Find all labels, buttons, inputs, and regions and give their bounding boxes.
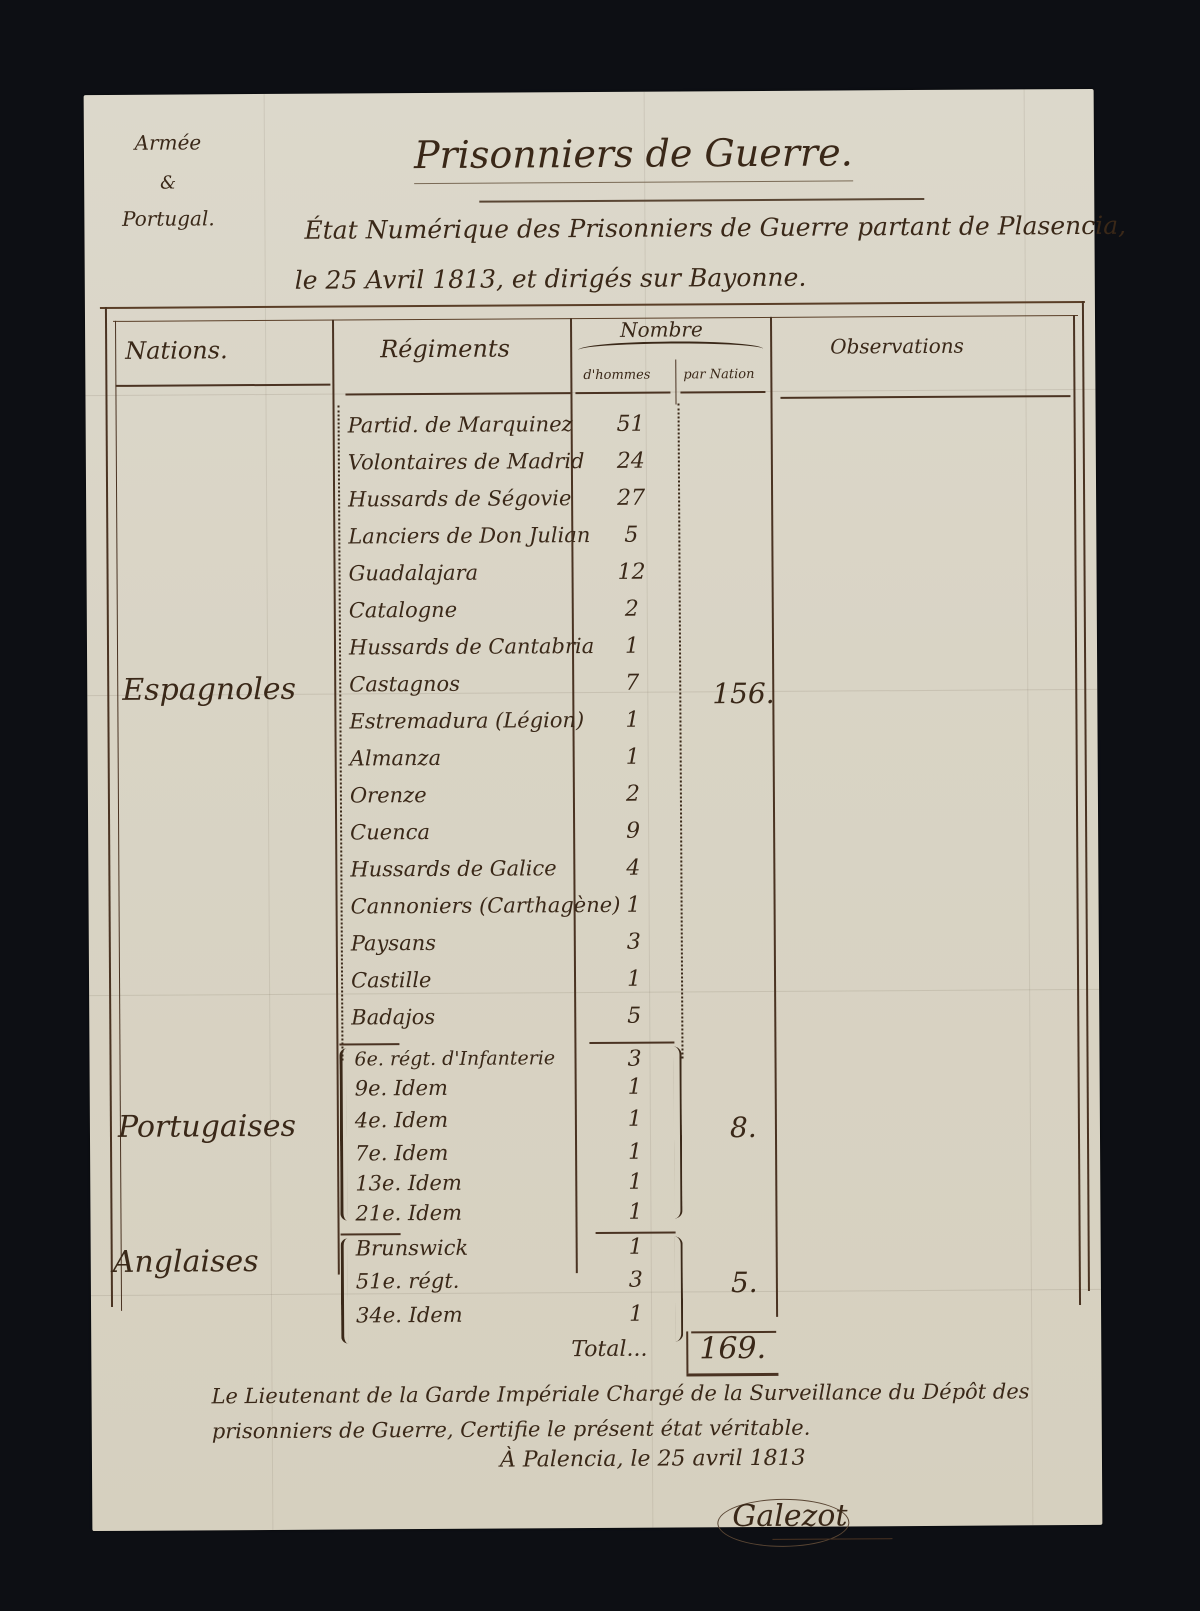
regiment-row: Castagnos — [349, 672, 460, 697]
total-label: Total... — [571, 1337, 647, 1362]
regiment-count: 7 — [612, 671, 652, 696]
certification-line1: Le Lieutenant de la Garde Impériale Char… — [212, 1379, 1030, 1408]
regiment-count: 5 — [614, 1004, 654, 1029]
brace-portugaises-left — [339, 1049, 347, 1221]
regiment-row: 9e. Idem — [355, 1076, 448, 1101]
document-page: Armée & Portugal. Prisonniers de Guerre.… — [84, 89, 1103, 1531]
col-divider-nombre-sub — [675, 359, 676, 404]
regiment-count: 3 — [616, 1268, 656, 1293]
regiment-row: Guadalajara — [348, 561, 478, 586]
header-underline-par-nation — [680, 391, 765, 394]
regiment-row: Badajos — [351, 1005, 435, 1030]
regiment-row: Orenze — [350, 783, 427, 807]
table-top-border-inner — [113, 315, 1078, 322]
header-underline-nations — [115, 384, 330, 387]
document-subtitle-line1: État Numérique des Prisonniers de Guerre… — [304, 211, 1126, 245]
title-underline — [479, 198, 924, 203]
regiment-row: 51e. régt. — [356, 1269, 460, 1294]
regiment-count: 51 — [611, 412, 651, 437]
regiment-row: Volontaires de Madrid — [348, 449, 585, 474]
brace-portugaises-right — [673, 1046, 682, 1218]
signature-underline — [772, 1538, 892, 1540]
regiment-row: 13e. Idem — [355, 1171, 462, 1196]
nation-espagnoles: Espagnoles — [122, 672, 296, 708]
regiment-count: 1 — [616, 1235, 656, 1260]
document-subtitle-line2: le 25 Avril 1813, et dirigés sur Bayonne… — [295, 263, 807, 295]
regiment-count: 24 — [611, 449, 651, 474]
group-divider-right-2 — [596, 1232, 676, 1234]
regiment-count: 3 — [614, 930, 654, 955]
nation-portugaises: Portugaises — [118, 1109, 296, 1145]
total-espagnoles: 156. — [712, 677, 775, 710]
regiment-count: 1 — [615, 1140, 655, 1165]
grand-total: 169. — [699, 1331, 766, 1366]
regiment-count: 1 — [614, 893, 654, 918]
regiment-row: Paysans — [351, 931, 436, 956]
regiment-row: 34e. Idem — [356, 1303, 463, 1328]
margin-note-ampersand: & — [98, 172, 238, 194]
regiment-count: 1 — [615, 1075, 655, 1100]
regiment-count: 5 — [611, 523, 651, 548]
regiment-row: Castille — [351, 968, 432, 992]
header-nombre-brace — [578, 341, 763, 358]
group-divider-left-2 — [341, 1233, 401, 1235]
header-nations: Nations. — [125, 336, 228, 365]
table-left-border — [105, 307, 113, 1307]
col-divider-nombre — [770, 317, 778, 1317]
regiment-row: Lanciers de Don Julian — [348, 523, 590, 548]
regiment-row: 7e. Idem — [355, 1141, 448, 1166]
regiment-count: 1 — [616, 1302, 656, 1327]
margin-note-army: Armée — [98, 130, 238, 155]
table-top-border — [100, 301, 1085, 309]
brace-espagnoles-left — [338, 406, 348, 1061]
brace-anglaises-right — [675, 1236, 684, 1341]
total-portugaises: 8. — [730, 1111, 757, 1144]
regiment-count: 1 — [612, 708, 652, 733]
regiment-row: Hussards de Ségovie — [348, 486, 571, 511]
regiment-row: Cuenca — [350, 820, 430, 844]
group-divider-left — [339, 1043, 399, 1045]
regiment-count: 1 — [615, 1107, 655, 1132]
regiment-row: Brunswick — [356, 1236, 469, 1261]
regiment-count: 2 — [612, 597, 652, 622]
header-nombre-par-nation: par Nation — [683, 367, 754, 382]
total-box-left — [686, 1331, 688, 1373]
brace-anglaises-left — [341, 1239, 349, 1344]
regiment-count: 3 — [614, 1047, 654, 1072]
header-nombre-hommes: d'hommes — [583, 368, 650, 383]
regiment-count: 4 — [613, 856, 653, 881]
group-divider-right — [589, 1042, 674, 1045]
header-nombre: Nombre — [620, 317, 703, 342]
certification-line2: prisonniers de Guerre, Certifie le prése… — [212, 1416, 811, 1444]
regiment-row: Partid. de Marquinez — [348, 412, 573, 437]
regiment-count: 1 — [615, 1170, 655, 1195]
regiment-row: Almanza — [350, 746, 442, 771]
regiment-row: Estremadura (Légion) — [349, 708, 584, 733]
total-anglaises: 5. — [731, 1266, 758, 1299]
regiment-row: 6e. régt. d'Infanterie — [354, 1047, 555, 1070]
regiment-row: Catalogne — [349, 598, 457, 623]
header-underline-regiments — [345, 392, 570, 395]
regiment-row: Cannoniers (Carthagène) — [351, 893, 621, 919]
regiment-count: 1 — [614, 967, 654, 992]
nation-anglaises: Anglaises — [113, 1244, 259, 1280]
header-observations: Observations — [830, 334, 964, 359]
margin-note-portugal: Portugal. — [98, 206, 238, 231]
table-right-border — [1073, 315, 1081, 1305]
header-regiments: Régiments — [380, 334, 510, 363]
document-title: Prisonniers de Guerre. — [414, 130, 853, 184]
regiment-row: Hussards de Cantabria — [349, 634, 594, 659]
table-right-border-outer — [1082, 301, 1090, 1291]
header-underline-hommes — [575, 392, 670, 395]
regiment-row: 21e. Idem — [355, 1201, 462, 1226]
regiment-count: 9 — [613, 819, 653, 844]
certification-place-date: À Palencia, le 25 avril 1813 — [500, 1446, 806, 1473]
regiment-count: 1 — [612, 634, 652, 659]
regiment-count: 1 — [615, 1200, 655, 1225]
header-underline-observations — [780, 395, 1070, 399]
regiment-count: 12 — [611, 560, 651, 585]
regiment-count: 1 — [613, 745, 653, 770]
total-bottom-rule — [686, 1373, 778, 1377]
regiment-row: Hussards de Galice — [350, 856, 556, 881]
regiment-row: 4e. Idem — [355, 1108, 448, 1133]
regiment-count: 2 — [613, 782, 653, 807]
regiment-count: 27 — [611, 486, 651, 511]
brace-espagnoles-right — [678, 403, 688, 1058]
table-left-border-inner — [115, 321, 122, 1311]
signature: Galezot — [732, 1498, 847, 1534]
